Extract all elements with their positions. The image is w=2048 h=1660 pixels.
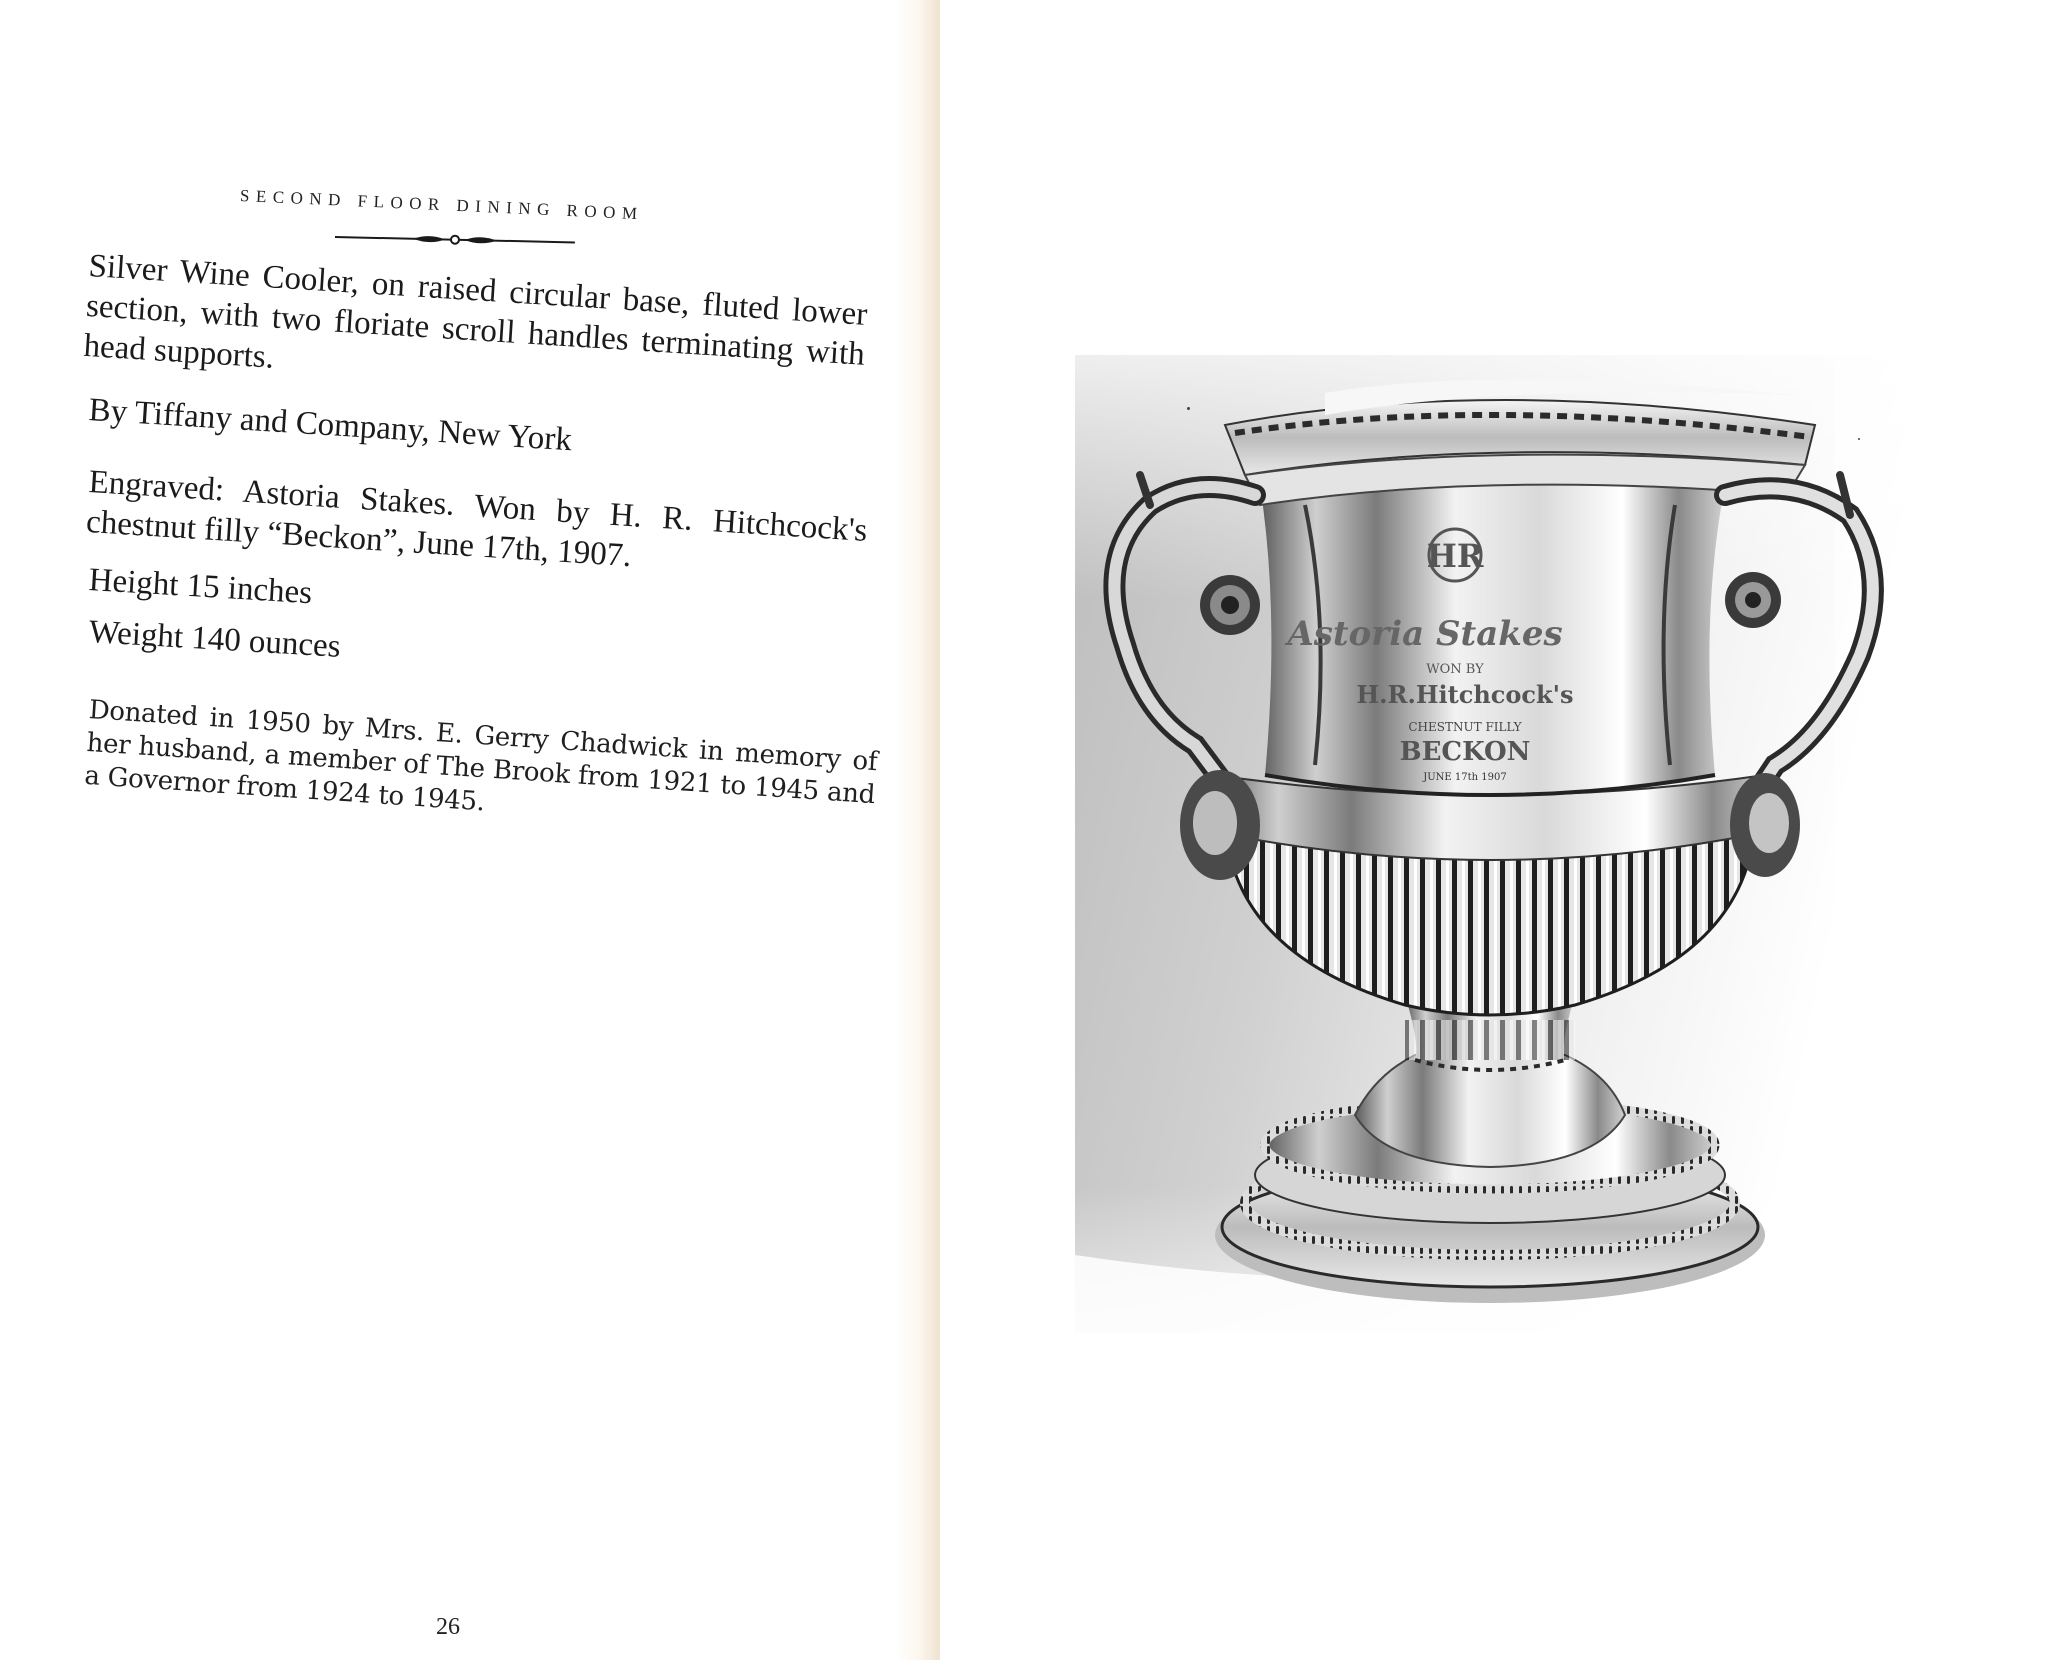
svg-text:CHESTNUT FILLY: CHESTNUT FILLY bbox=[1408, 720, 1522, 734]
svg-text:WON BY: WON BY bbox=[1426, 662, 1484, 677]
donation-paragraph: Donated in 1950 by Mrs. E. Gerry Chadwic… bbox=[83, 694, 878, 845]
running-head: Second Floor Dining Room bbox=[240, 186, 800, 231]
left-page-text-block: Second Floor Dining Room Silver Wine Coo… bbox=[90, 0, 880, 900]
wine-cooler-photo: HR Astoria Stakes WON BY H.R.Hitchcock's… bbox=[1075, 355, 1905, 1333]
print-speck bbox=[1858, 438, 1860, 440]
page-number-left: 26 bbox=[436, 1614, 460, 1641]
description-paragraph: Silver Wine Cooler, on raised circular b… bbox=[82, 246, 868, 415]
print-speck bbox=[1187, 407, 1190, 410]
wine-cooler-image-icon: HR Astoria Stakes WON BY H.R.Hitchcock's… bbox=[1075, 355, 1905, 1333]
svg-text:H.R.Hitchcock's: H.R.Hitchcock's bbox=[1357, 680, 1574, 709]
decorative-rule-icon bbox=[335, 227, 575, 252]
svg-text:BECKON: BECKON bbox=[1400, 737, 1531, 767]
svg-text:JUNE 17th 1907: JUNE 17th 1907 bbox=[1422, 772, 1506, 783]
svg-text:HR: HR bbox=[1427, 537, 1484, 575]
left-page: Second Floor Dining Room Silver Wine Coo… bbox=[0, 0, 940, 1660]
svg-text:Astoria Stakes: Astoria Stakes bbox=[1284, 614, 1562, 654]
